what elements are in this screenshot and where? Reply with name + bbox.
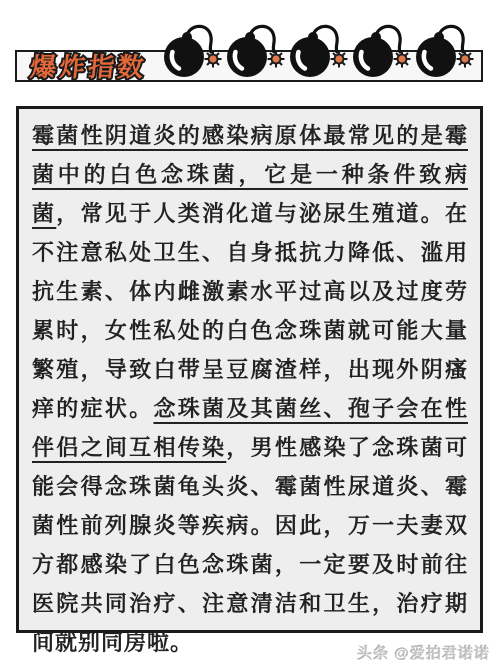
spark-icon (461, 55, 470, 64)
article-text: 霉菌性阴道炎的感染病原体最常见的是霉菌中的白色念珠菌，它是一种条件致病菌，常见于… (32, 116, 468, 662)
bomb-icon (351, 22, 411, 80)
article-segment-plain-2: ，男性感染了念珠菌可能会得念珠菌龟头炎、霉菌性尿道炎、霉菌性前列腺炎等疾病。因此… (32, 435, 468, 655)
poster: 爆炸指数 (0, 0, 500, 669)
bomb-icon (288, 22, 348, 80)
bomb-icon (162, 22, 222, 80)
spark-icon (209, 55, 218, 64)
bomb-icon (225, 22, 285, 80)
spark-icon (272, 55, 281, 64)
spark-icon (398, 55, 407, 64)
header-title-text: 爆炸指数 (28, 52, 148, 82)
watermark: 头条 @爱拍君诺诺 (357, 642, 490, 663)
spark-icon (335, 55, 344, 64)
article-box: 霉菌性阴道炎的感染病原体最常见的是霉菌中的白色念珠菌，它是一种条件致病菌，常见于… (16, 106, 483, 633)
article-segment-plain-1: ，常见于人类消化道与泌尿生殖道。在不注意私处卫生、自身抵抗力降低、滥用抗生素、体… (32, 201, 468, 421)
bomb-icon (414, 22, 474, 80)
